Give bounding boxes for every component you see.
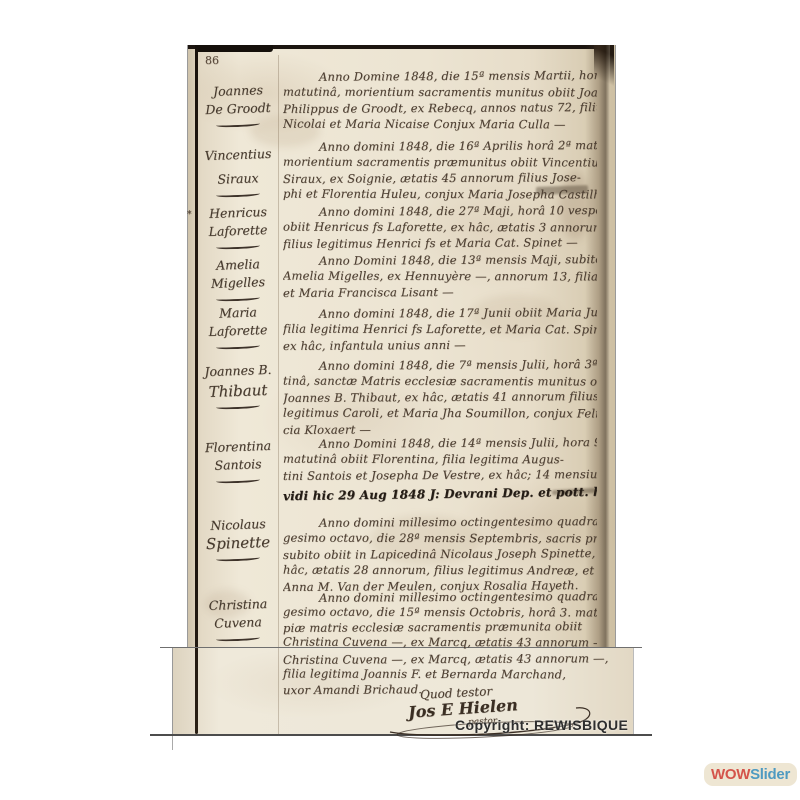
entry-body-line: Anno domini 1848, die 27ª Maji, horâ 10 … — [283, 202, 597, 220]
flourish-underline — [216, 555, 260, 562]
entry-body-line: gesimo octavo, die 28ª mensis Septembris… — [283, 530, 597, 547]
entry-body-line: matutinâ obiit Florentina, filia legitim… — [283, 451, 597, 468]
entry-margin: Florentina Santois — [196, 438, 280, 483]
register-entry: Anno domini 1848, die 16ª Aprilis horâ 2… — [283, 138, 597, 202]
entry-margin: Joannes B. Thibaut — [196, 362, 280, 409]
entry-body-line: filia legitima Joannis F. et Bernarda Ma… — [283, 666, 613, 682]
entry-body-line: Philippus de Groodt, ex Rebecq, annos na… — [283, 99, 597, 117]
entry-margin-name: Spinette — [196, 533, 281, 554]
entry-margin-name: Santois — [196, 455, 281, 476]
entry-margin: Vincentius Siraux — [196, 146, 280, 197]
entry-margin: Joannes De Groodt — [196, 82, 280, 127]
entry-annotation-line: vidi hic 29 Aug 1848 J: Devrani Dep. et … — [283, 484, 597, 504]
entry-body-line: et Maria Francisca Lisant — — [283, 283, 597, 301]
register-entry: Anno domini 1848, die 17ª Junii obiit Ma… — [283, 305, 597, 353]
register-entry: Anno domini millesimo octingentesimo qua… — [283, 590, 597, 650]
entry-margin: Christina Cuvena — [196, 596, 280, 641]
entry-margin: Amelia Migelles — [196, 256, 280, 301]
entry-body-line: Amelia Migelles, ex Hennuyère —, annorum… — [283, 268, 597, 285]
flourish-underline — [216, 121, 260, 128]
flourish-underline — [216, 343, 260, 350]
entry-body-line: Anno domini 1848, die 17ª Junii obiit Ma… — [283, 304, 597, 322]
entry-margin-name: Siraux — [196, 169, 281, 190]
register-entry: Anno domini 1848, die 27ª Maji, horâ 10 … — [283, 203, 597, 251]
entry-body-line: tinâ, sanctæ Matris ecclesiæ sacramentis… — [283, 373, 597, 390]
flourish-underline — [216, 243, 260, 250]
entry-margin-name: Laforette — [196, 321, 281, 342]
entry-body-line: Anno domini 1848, die 7ª mensis Julii, h… — [283, 356, 597, 374]
entry-body-line: filius legitimus Henrici fs et Maria Cat… — [283, 234, 597, 252]
gallery-page: 86 Joannes De Groodt Anno Domine 1848, d… — [0, 0, 800, 800]
entry-body-line: hâc, ætatis 28 annorum, filius legitimus… — [283, 562, 597, 579]
flourish-underline — [216, 635, 260, 642]
entry-body-line: Anno Domini 1848, die 13ª mensis Maji, s… — [283, 251, 597, 269]
entry-body-line: ex hâc, infantula unius anni — — [283, 336, 597, 354]
scan-left-hairline — [172, 736, 173, 750]
wowslider-watermark-link[interactable]: WOWSlider — [704, 763, 797, 786]
entry-body-line: Anno domini millesimo octingentesimo qua… — [283, 513, 597, 531]
copyright-text: Copyright: REWISBIQUE — [455, 717, 628, 733]
entry-body-line: Anno domini millesimo octingentesimo qua… — [283, 589, 597, 606]
entry-body-line: piæ matris ecclesiæ sacramentis præmunit… — [283, 619, 597, 636]
flourish-underline — [216, 477, 260, 484]
entry-margin-name: Vincentius — [196, 145, 281, 166]
entry-body-line: gesimo octavo, die 15ª mensis Octobris, … — [283, 605, 597, 621]
entry-margin-name: Joannes B. — [196, 361, 281, 382]
register-entry: Anno Domini 1848, die 13ª mensis Maji, s… — [283, 252, 597, 300]
entry-body-line: subito obiit in Lapicedinâ Nicolaus Jose… — [283, 545, 597, 563]
entry-body-line: legitimus Caroli, et Maria Jha Soumillon… — [283, 405, 597, 422]
entry-body-line: phi et Florentia Huleu, conjux Maria Jos… — [283, 186, 597, 203]
entry-body-line: matutinâ, morientium sacramentis munitus… — [283, 84, 597, 101]
entry-body-line: tini Santois et Josepha De Vestre, ex hâ… — [283, 466, 597, 484]
scan-edge-blob — [195, 45, 273, 52]
flourish-underline — [216, 191, 260, 198]
entry-body-line: Christina Cuvena —, ex Marcq, ætatis 43 … — [283, 635, 597, 651]
entry-body-line: Anno domini 1848, die 16ª Aprilis horâ 2… — [283, 137, 597, 155]
entry-body-line: Anno Domine 1848, die 15ª mensis Martii,… — [283, 67, 597, 85]
entry-body-line: Nicolai et Maria Nicaise Conjux Maria Cu… — [283, 116, 597, 133]
entry-margin-name: Cuvena — [196, 613, 281, 634]
entry-margin: Maria Laforette — [196, 304, 280, 349]
entry-margin-name: Laforette — [196, 221, 281, 242]
entry-body-line: morientium sacramentis præmunitus obiit … — [283, 154, 597, 171]
wowslider-slider-label: Slider — [750, 766, 790, 783]
entry-marker: * — [187, 206, 192, 224]
entry-body-line: Anno Domini 1848, die 14ª mensis Julii, … — [283, 434, 597, 452]
register-entry: Anno Domine 1848, die 15ª mensis Martii,… — [283, 68, 597, 132]
entry-body-line: Christina Cuvena —, ex Marcq, ætatis 43 … — [283, 651, 613, 668]
entry-body-line: Siraux, ex Soignie, ætatis 45 annorum fi… — [283, 169, 597, 187]
entry-body-line: Joannes B. Thibaut, ex hâc, ætatis 41 an… — [283, 388, 597, 406]
wowslider-wow-label: WOW — [711, 766, 750, 783]
entry-margin-name: Thibaut — [196, 381, 281, 402]
entry-margin-name: Migelles — [196, 273, 281, 294]
flourish-underline — [216, 295, 260, 302]
entry-body-line: obiit Henricus fs Laforette, ex hâc, æta… — [283, 219, 597, 236]
register-entry: Anno Domini 1848, die 14ª mensis Julii, … — [283, 435, 597, 502]
page-number: 86 — [205, 54, 219, 67]
register-entry: Anno domini 1848, die 7ª mensis Julii, h… — [283, 357, 597, 437]
flourish-underline — [216, 403, 260, 410]
entry-margin: Nicolaus Spinette — [196, 516, 280, 561]
entry-body-line: filia legitima Henrici fs Laforette, et … — [283, 321, 597, 338]
entry-margin: * Henricus Laforette — [196, 204, 280, 249]
entry-margin-name: De Groodt — [196, 99, 281, 120]
register-entry: Anno domini millesimo octingentesimo qua… — [283, 514, 597, 594]
